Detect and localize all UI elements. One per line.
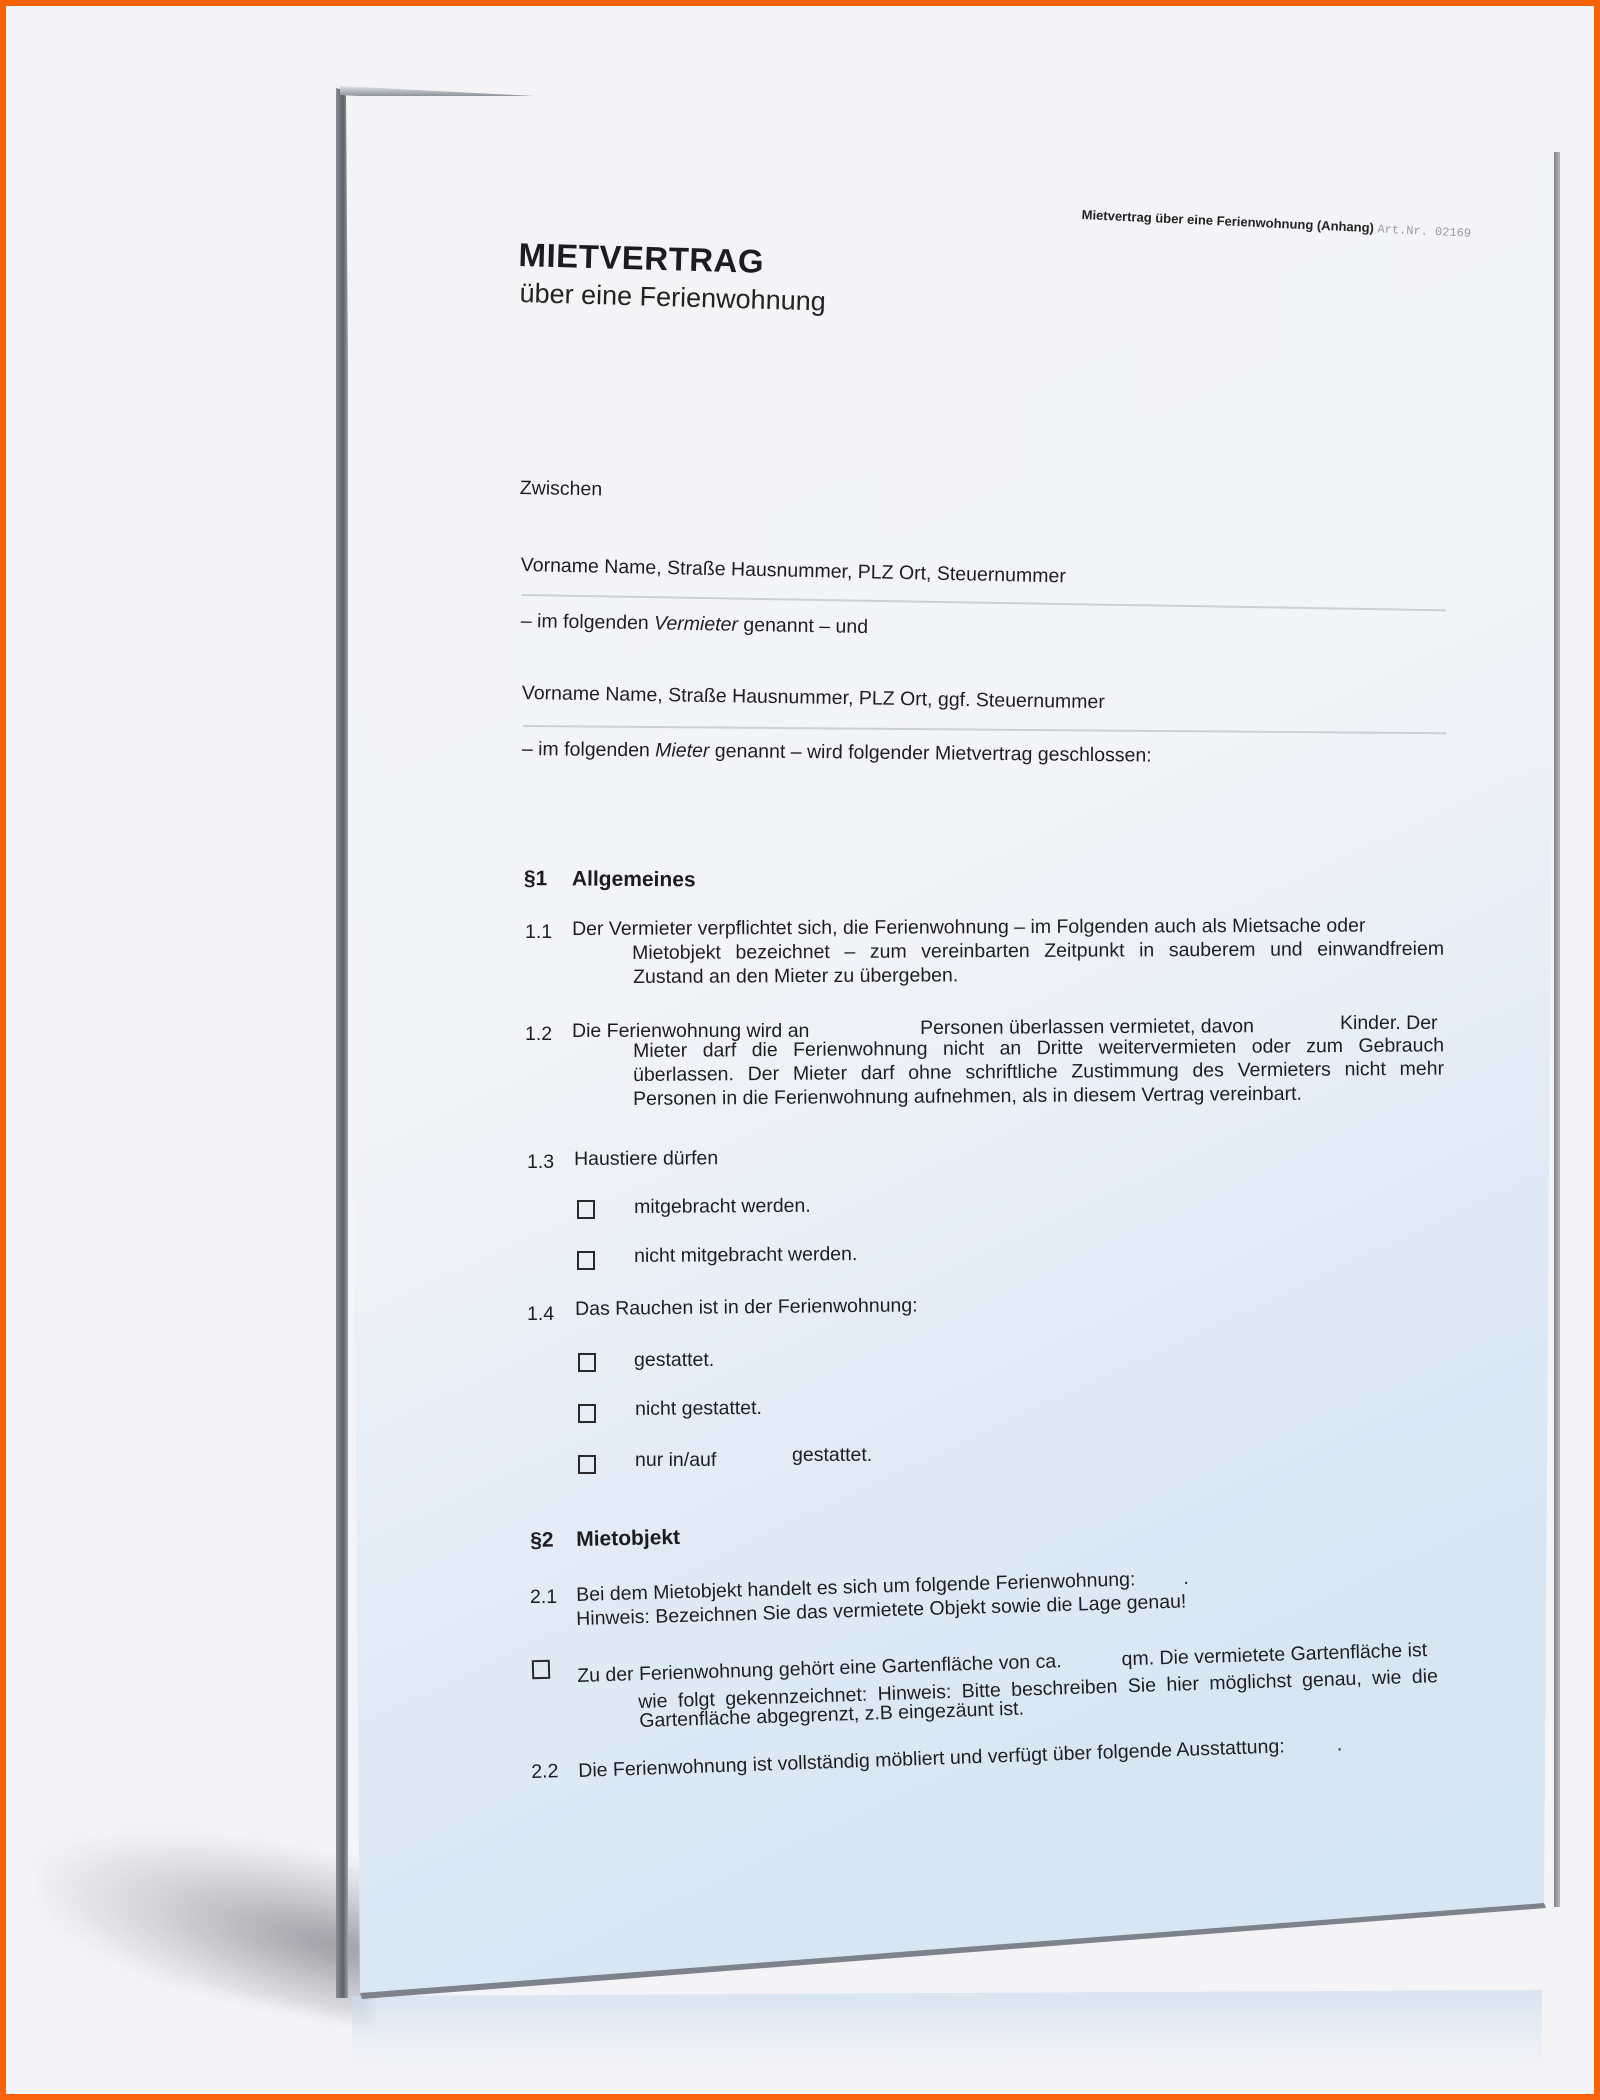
section-2-number: §2	[530, 1529, 576, 1551]
page-edge-right	[1554, 152, 1560, 1907]
page-edge-left	[336, 88, 348, 1998]
smoking-partially-allowed-checkbox[interactable]	[578, 1455, 596, 1474]
section-1-title: Allgemeines	[572, 867, 696, 891]
pets-allowed-label: mitgebracht werden.	[634, 1197, 811, 1218]
clause-2-1-number: 2.1	[530, 1588, 557, 1608]
property-description-blank[interactable]	[1136, 1584, 1184, 1585]
clause-2-2-number: 2.2	[531, 1762, 559, 1782]
page-edge-top	[340, 86, 1560, 96]
smoking-partially-allowed-suffix: gestattet.	[792, 1446, 872, 1466]
garden-area-blank[interactable]	[1062, 1665, 1122, 1667]
smoking-not-allowed-checkbox[interactable]	[578, 1404, 596, 1423]
smoking-location-blank[interactable]	[722, 1448, 788, 1470]
smoking-not-allowed-label: nicht gestattet.	[635, 1399, 762, 1420]
clause-1-3-text: Haustiere dürfen	[574, 1149, 718, 1169]
pets-allowed-checkbox[interactable]	[577, 1200, 595, 1219]
section-2-title: Mietobjekt	[576, 1526, 680, 1551]
clause-1-2-number: 1.2	[525, 1025, 552, 1045]
smoking-allowed-checkbox[interactable]	[578, 1353, 596, 1372]
pets-not-allowed-label: nicht mitgebracht werden.	[634, 1245, 857, 1266]
smoking-partially-allowed-label: nur in/auf	[635, 1451, 716, 1471]
clause-1-4-text: Das Rauchen ist in der Ferienwohnung:	[575, 1296, 918, 1319]
smoking-allowed-label: gestattet.	[634, 1351, 714, 1371]
floor-shadow	[40, 1795, 370, 2025]
landlord-role-term: Vermieter	[654, 612, 738, 635]
clause-1-1-number: 1.1	[525, 923, 552, 943]
clause-1-1-line-3: Zustand an den Mieter zu übergeben.	[633, 966, 958, 987]
clause-1-4-number: 1.4	[527, 1305, 554, 1325]
section-1-number: §1	[524, 868, 572, 889]
garden-checkbox[interactable]	[532, 1660, 550, 1679]
equipment-blank[interactable]	[1285, 1751, 1337, 1753]
section-1-heading: §1Allgemeines	[524, 868, 696, 890]
clause-1-1-line-2: Mietobjekt bezeichnet – zum vereinbarten…	[632, 940, 1444, 964]
parties-intro: Zwischen	[520, 479, 603, 500]
clause-1-1-line-1: Der Vermieter verpflichtet sich, die Fer…	[572, 916, 1444, 939]
section-2-heading: §2Mietobjekt	[530, 1527, 680, 1551]
clause-1-2-line-1c: Kinder. Der	[1340, 1014, 1438, 1034]
page-reflection	[352, 1990, 1542, 2070]
document-title: MIETVERTRAG	[518, 238, 764, 278]
pets-not-allowed-checkbox[interactable]	[577, 1251, 595, 1270]
clause-1-3-number: 1.3	[527, 1153, 554, 1173]
tenant-role-term: Mieter	[655, 739, 709, 762]
